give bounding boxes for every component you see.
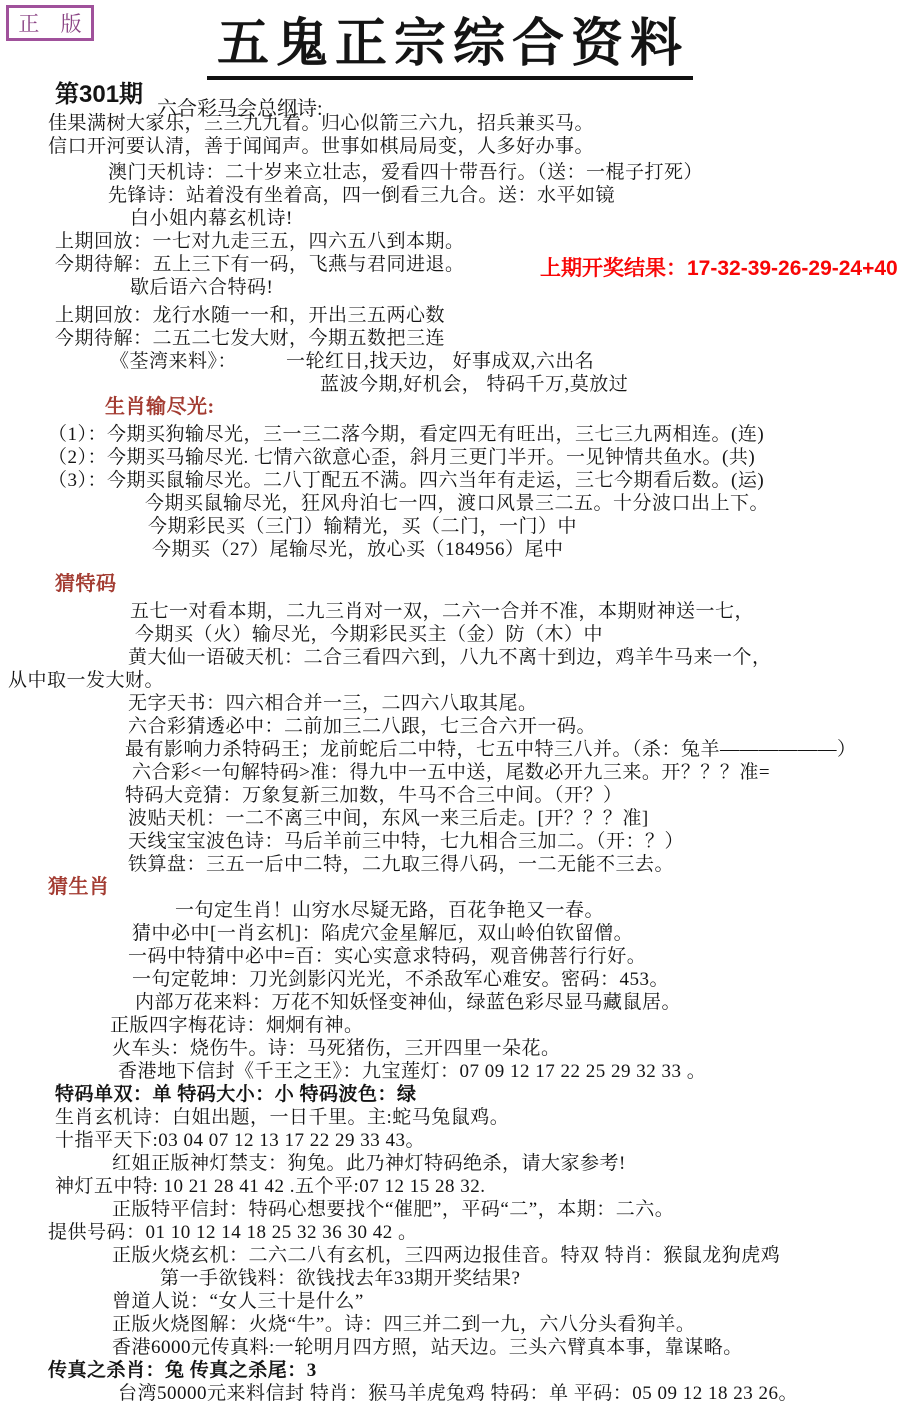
draw-result-numbers: 17-32-39-26-29-24+40 xyxy=(687,257,898,280)
page-title: 五鬼正宗综合资料 xyxy=(207,16,693,80)
text-line: 一句定生肖！山穷水尽疑无路，百花争艳又一春。 xyxy=(0,899,900,922)
text-line: 五七一对看本期，二九三肖对一双，二六一合并不准，本期财神送一七， xyxy=(0,600,900,623)
text-line: 蓝波今期,好机会， 特码千万,莫放过 xyxy=(0,373,900,396)
text-line: 特码单双：单 特码大小：小 特码波色：绿 xyxy=(0,1083,900,1106)
text-line: （3）：今期买鼠输尽光。二八丁配五不满。四六当年有走运，三七今期看后数。(运) xyxy=(0,469,900,492)
text-line: 今期买鼠输尽光，狂风舟泊七一四，渡口风景三二五。十分波口出上下。 xyxy=(0,492,900,515)
text-line: 黄大仙一语破天机：二合三看四六到，八九不离十到边，鸡羊牛马来一个， xyxy=(0,646,900,669)
text-line: 香港地下信封《千王之王》：九宝莲灯：07 09 12 17 22 25 29 3… xyxy=(0,1060,900,1083)
text-line: 一句定乾坤：刀光剑影闪光光，不杀敌军心难安。密码：453。 xyxy=(0,968,900,991)
text-line: 六合彩猜透必中：二前加三二八跟，七三合六开一码。 xyxy=(0,715,900,738)
text-line: 提供号码：01 10 12 14 18 25 32 36 30 42 。 xyxy=(0,1221,900,1244)
text-line: 内部万花来料：万花不知妖怪变神仙，绿蓝色彩尽显马藏鼠居。 xyxy=(0,991,900,1014)
text-line: 最有影响力杀特码王；龙前蛇后二中特，七五中特三八并。（杀：兔羊——————） xyxy=(0,738,900,761)
text-line: 正版特平信封：特码心想要找个“催肥”，平码“二”，本期：二六。 xyxy=(0,1198,900,1221)
text-line: 曾道人说：“女人三十是什么” xyxy=(0,1290,900,1313)
title-wrap: 五鬼正宗综合资料 xyxy=(0,16,900,80)
text-line: 正版火烧玄机：二六二八有玄机，三四两边报佳音。特双 特肖：猴鼠龙狗虎鸡 xyxy=(0,1244,900,1267)
draw-result-label: 上期开奖结果： xyxy=(540,257,687,280)
text-line: 台湾50000元来料信封 特肖：猴马羊虎兔鸡 特码：单 平码：05 09 12 … xyxy=(0,1382,900,1401)
text-line: 六合彩<一句解特码>准：得九中一五中送，尾数必开九三来。开？？？准= xyxy=(0,761,900,784)
text-line: 澳门天机诗：二十岁来立壮志，爱看四十带吾行。（送：一棍子打死） xyxy=(0,161,900,184)
section-heading: 猜特码 xyxy=(0,573,900,596)
text-line: 一码中特猜中必中=百：实心实意求特码，观音佛菩行行好。 xyxy=(0,945,900,968)
text-line: 上期回放：一七对九走三五，四六五八到本期。 xyxy=(0,230,900,253)
text-line: 红姐正版神灯禁支：狗兔。此乃神灯特码绝杀，请大家参考! xyxy=(0,1152,900,1175)
text-line: 波贴天机：一二不离三中间，东风一来三后走。[开？？？准] xyxy=(0,807,900,830)
text-line: 天线宝宝波色诗：马后羊前三中特，七九相合三加二。（开：？） xyxy=(0,830,900,853)
text-line: 今期买（27）尾输尽光，放心买（184956）尾中 xyxy=(0,538,900,561)
text-line: 今期买（火）输尽光，今期彩民买主（金）防（木）中 xyxy=(0,623,900,646)
content-lines: 佳果满树大家乐，三三九九看。归心似箭三六九，招兵兼买马。信口开河要认清，善于闻闻… xyxy=(0,112,900,1401)
text-line: 正版四字梅花诗：炯炯有神。 xyxy=(0,1014,900,1037)
text-line: 十指平天下:03 04 07 12 13 17 22 29 33 43。 xyxy=(0,1129,900,1152)
text-line: （1）：今期买狗输尽光，三一三二落今期，看定四无有旺出，三七三九两相连。(连) xyxy=(0,423,900,446)
text-line: 佳果满树大家乐，三三九九看。归心似箭三六九，招兵兼买马。 xyxy=(0,112,900,135)
text-line: 今期待解：二五二七发大财，今期五数把三连 xyxy=(0,327,900,350)
text-line: 铁算盘：三五一后中二特，二九取三得八码，一二无能不三去。 xyxy=(0,853,900,876)
text-line: 先锋诗：站着没有坐着高，四一倒看三九合。送：水平如镜 xyxy=(0,184,900,207)
text-line: 传真之杀肖：兔 传真之杀尾：3 xyxy=(0,1359,900,1382)
text-line: 香港6000元传真料:一轮明月四方照，站天边。三头六臂真本事，靠谋略。 xyxy=(0,1336,900,1359)
text-line: 正版火烧图解：火烧“牛”。诗：四三并二到一九，六八分头看狗羊。 xyxy=(0,1313,900,1336)
text-line: 第一手欲钱料：欲钱找去年33期开奖结果? xyxy=(0,1267,900,1290)
text-line: 今期彩民买（三门）输精光，买（二门，一门）中 xyxy=(0,515,900,538)
text-line: 《荃湾来料》： 一轮红日,找天边， 好事成双,六出名 xyxy=(0,350,900,373)
text-line: 信口开河要认清，善于闻闻声。世事如棋局局变，人多好办事。 xyxy=(0,135,900,158)
text-line: 特码大竞猜：万象复新三加数，牛马不合三中间。（开？） xyxy=(0,784,900,807)
text-line: 无字天书：四六相合并一三，二四六八取其尾。 xyxy=(0,692,900,715)
section-heading: 猜生肖 xyxy=(0,876,900,899)
text-line: 猜中必中[一肖玄机]：陷虎穴金星解厄，双山岭伯钦留僧。 xyxy=(0,922,900,945)
text-line: 生肖玄机诗：白姐出题，一日千里。主:蛇马兔鼠鸡。 xyxy=(0,1106,900,1129)
text-line: （2）：今期买马输尽光. 七情六欲意心歪，斜月三更门半开。一见钟情共鱼水。(共) xyxy=(0,446,900,469)
text-line: 火车头：烧伤牛。诗：马死猪伤，三开四里一朵花。 xyxy=(0,1037,900,1060)
text-line: 神灯五中特: 10 21 28 41 42 .五个平:07 12 15 28 3… xyxy=(0,1175,900,1198)
text-line: 从中取一发大财。 xyxy=(0,669,900,692)
last-draw-result: 上期开奖结果：17-32-39-26-29-24+40 xyxy=(540,252,898,282)
issue-number: 第301期 xyxy=(55,82,143,108)
text-line: 上期回放：龙行水随一一和，开出三五两心数 xyxy=(0,304,900,327)
section-heading: 生肖输尽光: xyxy=(0,396,900,419)
text-line: 白小姐内幕玄机诗! xyxy=(0,207,900,230)
lottery-info-sheet: 正 版 五鬼正宗综合资料 第301期 六合彩马会总纲诗: 佳果满树大家乐，三三九… xyxy=(0,0,900,1401)
